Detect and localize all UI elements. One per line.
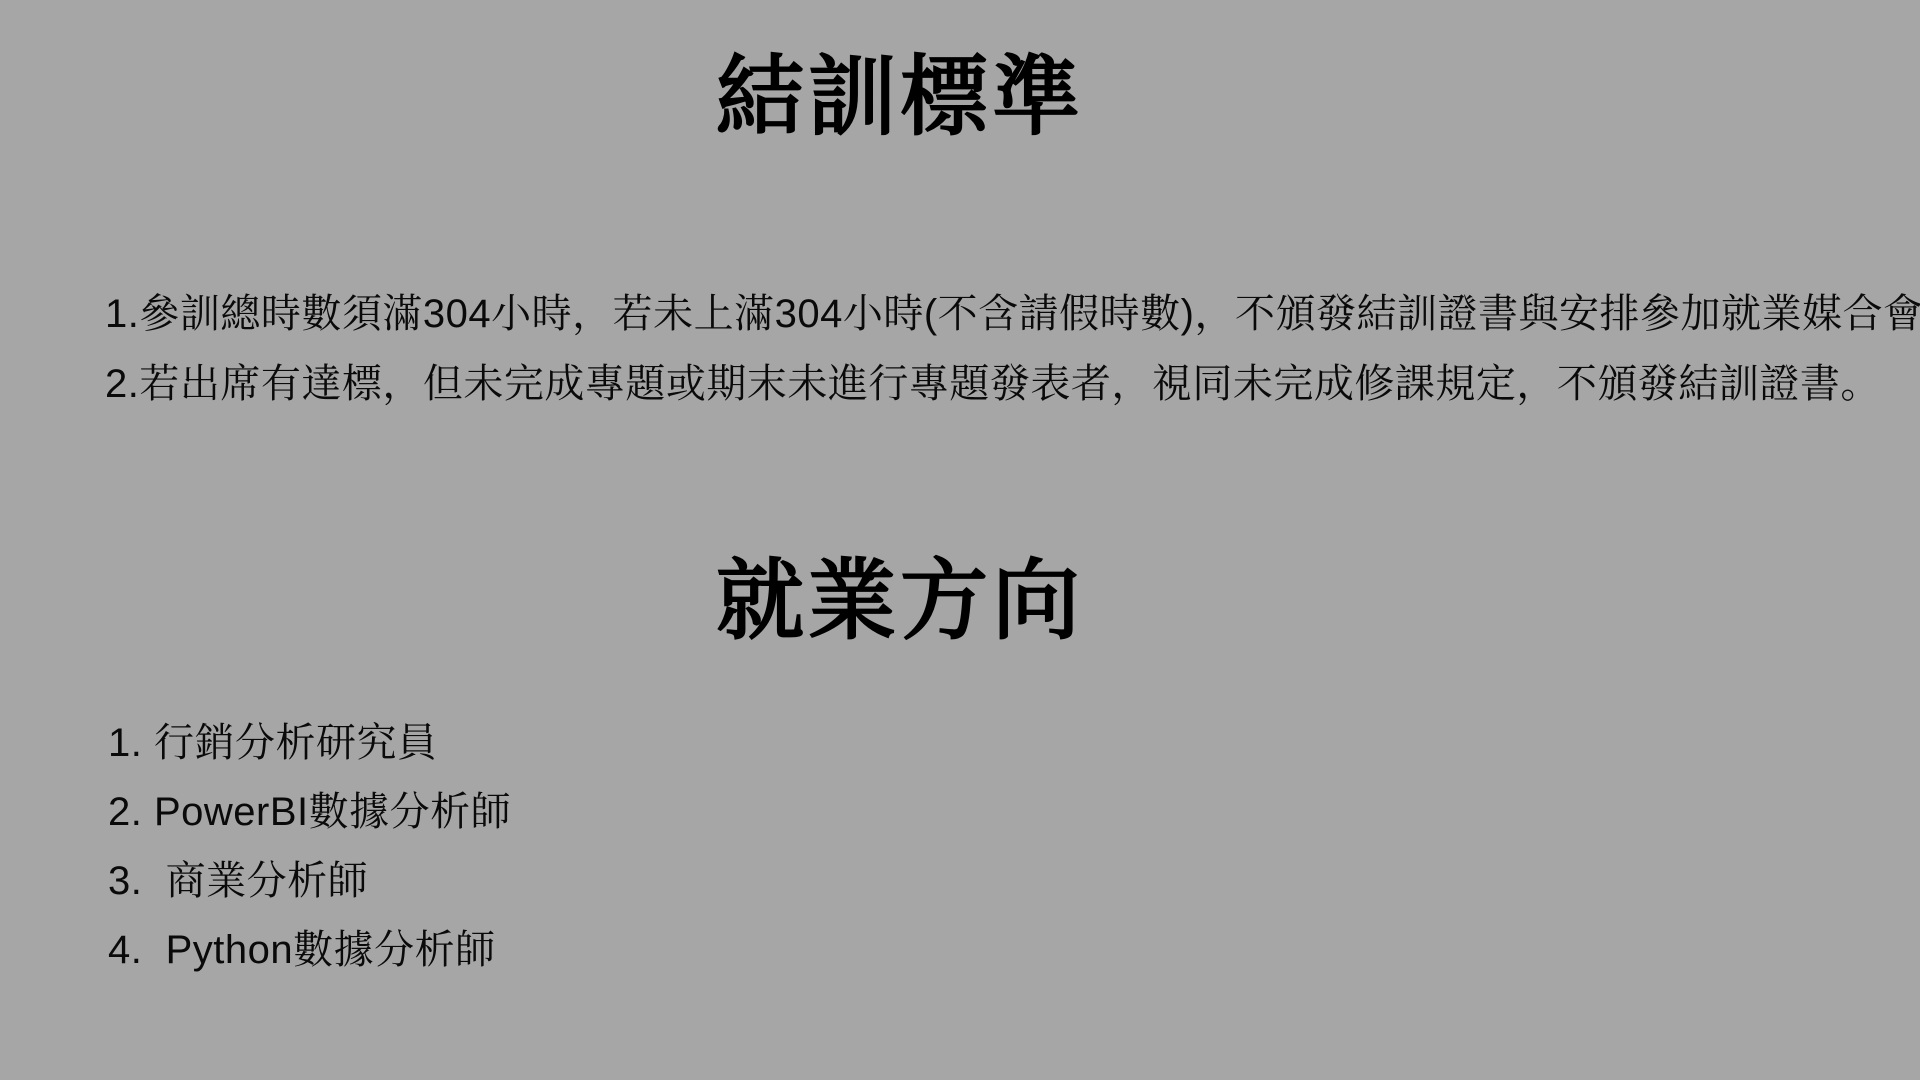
career-item-4: 4. Python數據分析師 xyxy=(108,916,511,985)
career-item-1: 1. 行銷分析研究員 xyxy=(108,709,511,778)
completion-rules-list: 1.參訓總時數須滿304小時，若未上滿304小時(不含請假時數)，不頒發結訓證書… xyxy=(105,279,1920,419)
career-item-2: 2. PowerBI數據分析師 xyxy=(108,778,511,847)
completion-rule-1: 1.參訓總時數須滿304小時，若未上滿304小時(不含請假時數)，不頒發結訓證書… xyxy=(105,279,1920,349)
completion-rule-2: 2.若出席有達標，但未完成專題或期末未進行專題發表者，視同未完成修課規定，不頒發… xyxy=(105,349,1920,419)
slide: 結訓標準 1.參訓總時數須滿304小時，若未上滿304小時(不含請假時數)，不頒… xyxy=(0,0,1920,1080)
completion-standards-title: 結訓標準 xyxy=(0,44,1800,150)
career-item-3: 3. 商業分析師 xyxy=(108,847,511,916)
career-direction-title: 就業方向 xyxy=(0,548,1800,654)
career-items-list: 1. 行銷分析研究員 2. PowerBI數據分析師 3. 商業分析師 4. P… xyxy=(108,709,511,985)
